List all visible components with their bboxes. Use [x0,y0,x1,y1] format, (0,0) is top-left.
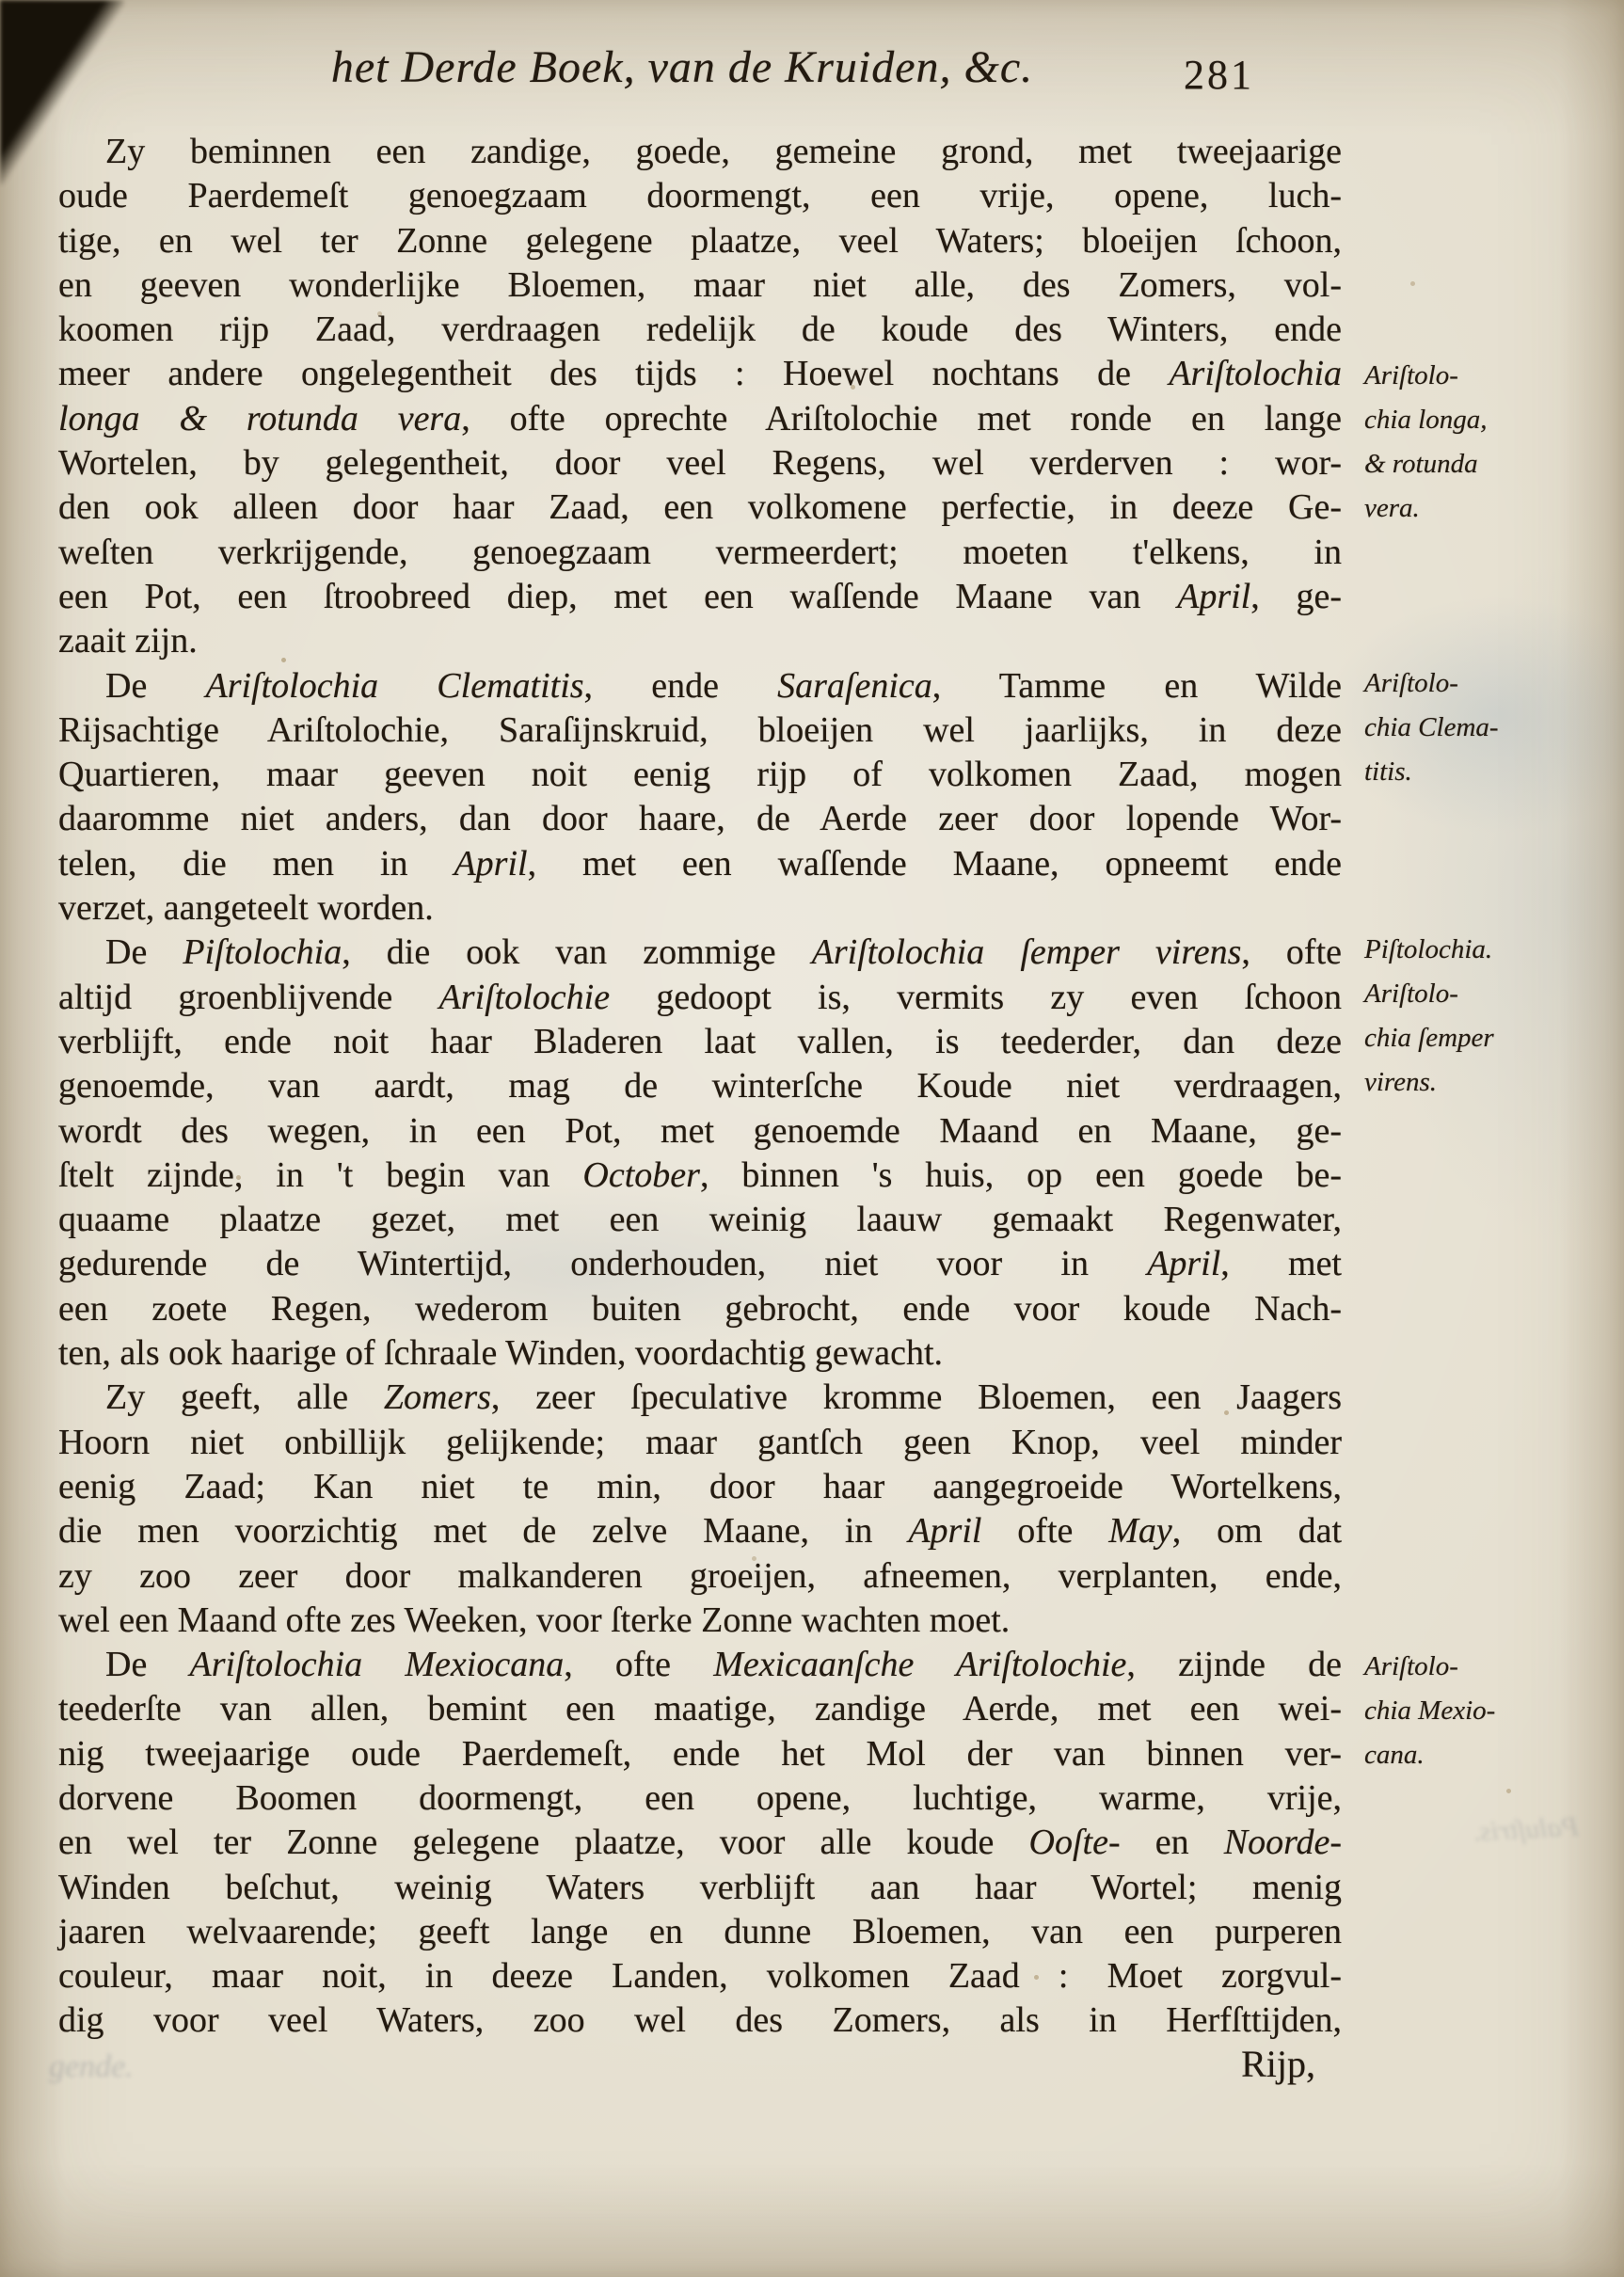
show-through-text: gende. [49,2049,134,2085]
margin-note-aristolochia-semper-virens: Ariſtolo- chia ſemper virens. [1364,972,1600,1105]
catchword: Rijp, [1241,2042,1315,2086]
margin-note-aristolochia-clematitis: Ariſtolo- chia Clema- titis. [1364,661,1600,794]
margin-note-pistolochia: Piſtolochia. [1364,928,1600,972]
margin-note-aristolochia-longa-rotunda-vera: Ariſtolo- chia longa, & rotunda vera. [1364,354,1600,531]
margin-note-aristolochia-mexiocana: Ariſtolo- chia Mexio- cana. [1364,1645,1600,1777]
book-page: het Derde Boek, van de Kruiden, &c. 281 … [0,0,1624,2277]
margin-notes: Ariſtolo- chia longa, & rotunda vera.Ari… [0,0,1624,2277]
